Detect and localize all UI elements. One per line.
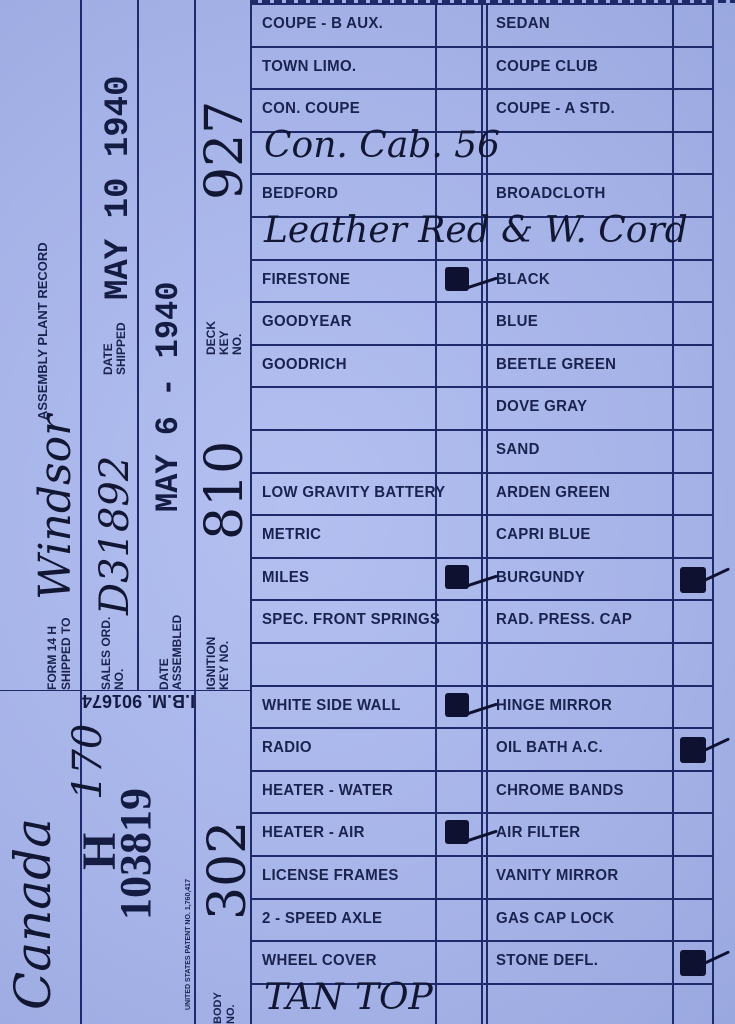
check-mark-icon [680,950,706,976]
option-label-right: STONE DEFL. [496,952,598,970]
date-assembled-label: DATE ASSEMBLED [158,590,184,690]
option-label-right: VANITY MIRROR [496,867,619,885]
grid-line [250,386,714,388]
option-label-right: BLUE [496,313,538,331]
option-label-left: HEATER - AIR [262,824,365,842]
option-label-left: TOWN LIMO. [262,58,356,76]
option-label-right: ARDEN GREEN [496,484,610,502]
grid-line [250,301,714,303]
option-label-left: WHITE SIDE WALL [262,697,401,715]
grid-line [250,685,714,687]
checkbox-left[interactable] [437,5,481,46]
deck-key-label: DECK KEY NO. [205,315,244,355]
handwritten-entry: TAN TOP [264,977,433,1018]
checkbox-left[interactable] [437,772,481,813]
option-label-left: SPEC. FRONT SPRINGS [262,611,440,629]
sales-ord-value: D31892 [92,456,138,615]
option-label-right: SAND [496,441,540,459]
option-label-right: CHROME BANDS [496,782,624,800]
ignition-key-value: 810 [195,441,255,540]
checkbox-right[interactable] [674,90,712,131]
grid-line [250,3,714,5]
option-label-right: GAS CAP LOCK [496,910,614,928]
checkbox-left[interactable] [437,942,481,983]
checkbox-left[interactable] [437,303,481,344]
plant-record-card: ASSEMBLY PLANT RECORD FORM 14 H SHIPPED … [0,0,735,1024]
shipped-to-label: SHIPPED TO [60,618,73,690]
option-label-right: HINGE MIRROR [496,697,612,715]
option-label-left: CON. COUPE [262,100,360,118]
grid-line [250,557,714,559]
checkbox-right[interactable] [674,601,712,642]
option-label-left: LICENSE FRAMES [262,867,399,885]
checkbox-right[interactable] [674,687,712,728]
checkbox-right[interactable] [674,900,712,941]
checkbox-left[interactable] [437,729,481,770]
option-label-left: RADIO [262,739,312,757]
checkbox-left[interactable] [437,346,481,387]
option-label-right: BEETLE GREEN [496,356,616,374]
body-no-value: 302 [198,821,258,920]
destination: Canada [4,818,62,1010]
grid-line [250,812,714,814]
grid-line [250,514,714,516]
date-shipped-value: MAY 10 1940 [100,76,138,300]
checkbox-left[interactable] [437,516,481,557]
option-label-left: GOODYEAR [262,313,352,331]
checkbox-right[interactable] [674,261,712,302]
ignition-key-label: IGNITION KEY NO. [205,620,231,690]
grid-line [250,642,714,644]
option-label-right: SEDAN [496,15,550,33]
checkbox-right[interactable] [674,516,712,557]
checkbox-right[interactable] [674,303,712,344]
option-label-left: WHEEL COVER [262,952,377,970]
option-label-right: BLACK [496,271,550,289]
option-label-left: FIRESTONE [262,271,350,289]
checkbox-right[interactable] [674,5,712,46]
option-label-right: DOVE GRAY [496,398,587,416]
checkbox-right[interactable] [674,474,712,515]
option-label-right: CAPRI BLUE [496,526,591,544]
checkbox-right[interactable] [674,814,712,855]
grid-line [250,88,714,90]
option-label-right: RAD. PRESS. CAP [496,611,632,629]
checkbox-right[interactable] [674,431,712,472]
checkbox-left[interactable] [437,857,481,898]
grid-line [250,344,714,346]
grid-line [250,940,714,942]
grid-line [250,855,714,857]
option-label-right: AIR FILTER [496,824,580,842]
checkbox-left[interactable] [437,601,481,642]
option-label-right: COUPE - A STD. [496,100,615,118]
checkbox-right[interactable] [674,772,712,813]
checkbox-right[interactable] [674,48,712,89]
shipped-to-value: Windsor [30,415,81,600]
ibm-number: I.B.M. 901674 [82,690,195,711]
option-label-left: HEATER - WATER [262,782,393,800]
checkbox-left[interactable] [437,431,481,472]
grid-line [250,599,714,601]
option-label-right: COUPE CLUB [496,58,598,76]
checkbox-left[interactable] [437,900,481,941]
checkbox-right[interactable] [674,857,712,898]
grid-line [250,770,714,772]
grid-line [250,898,714,900]
option-label-right: OIL BATH A.C. [496,739,603,757]
body-no-label: BODY NO. [212,984,238,1024]
check-mark-icon [680,567,706,593]
checkbox-left[interactable] [437,48,481,89]
grid-line [250,46,714,48]
grid-line [250,259,714,261]
handwritten-entry: Con. Cab. 56 [264,125,500,166]
grid-line [250,429,714,431]
option-label-left: GOODRICH [262,356,347,374]
date-assembled-value: MAY 6 - 1940 [150,282,187,512]
checkbox-right[interactable] [674,388,712,429]
sales-ord-label: SALES ORD. NO. [100,610,126,690]
option-label-left: BEDFORD [262,185,338,203]
form-number: FORM 14 H [46,626,59,690]
checkbox-right[interactable] [674,346,712,387]
grid-line [250,727,714,729]
grid-line [250,173,714,175]
code: 170 [65,724,111,800]
handwritten-entry: Leather Red & W. Cord [264,210,688,251]
option-label-left: 2 - SPEED AXLE [262,910,382,928]
option-label-left: COUPE - B AUX. [262,15,383,33]
check-mark-icon [680,737,706,763]
grid-line [250,472,714,474]
option-label-right: BROADCLOTH [496,185,606,203]
checkbox-left[interactable] [437,388,481,429]
option-label-left: MILES [262,569,309,587]
patent-text: UNITED STATES PATENT NO. 1,760,417 [182,879,195,1010]
serial-number: 103819 [110,788,161,920]
form-title: ASSEMBLY PLANT RECORD [36,242,49,420]
option-label-right: BURGUNDY [496,569,585,587]
date-shipped-label: DATE SHIPPED [102,315,128,375]
checkbox-left[interactable] [437,474,481,515]
option-label-left: METRIC [262,526,321,544]
option-label-left: LOW GRAVITY BATTERY [262,484,445,502]
deck-key-value: 927 [195,101,255,200]
